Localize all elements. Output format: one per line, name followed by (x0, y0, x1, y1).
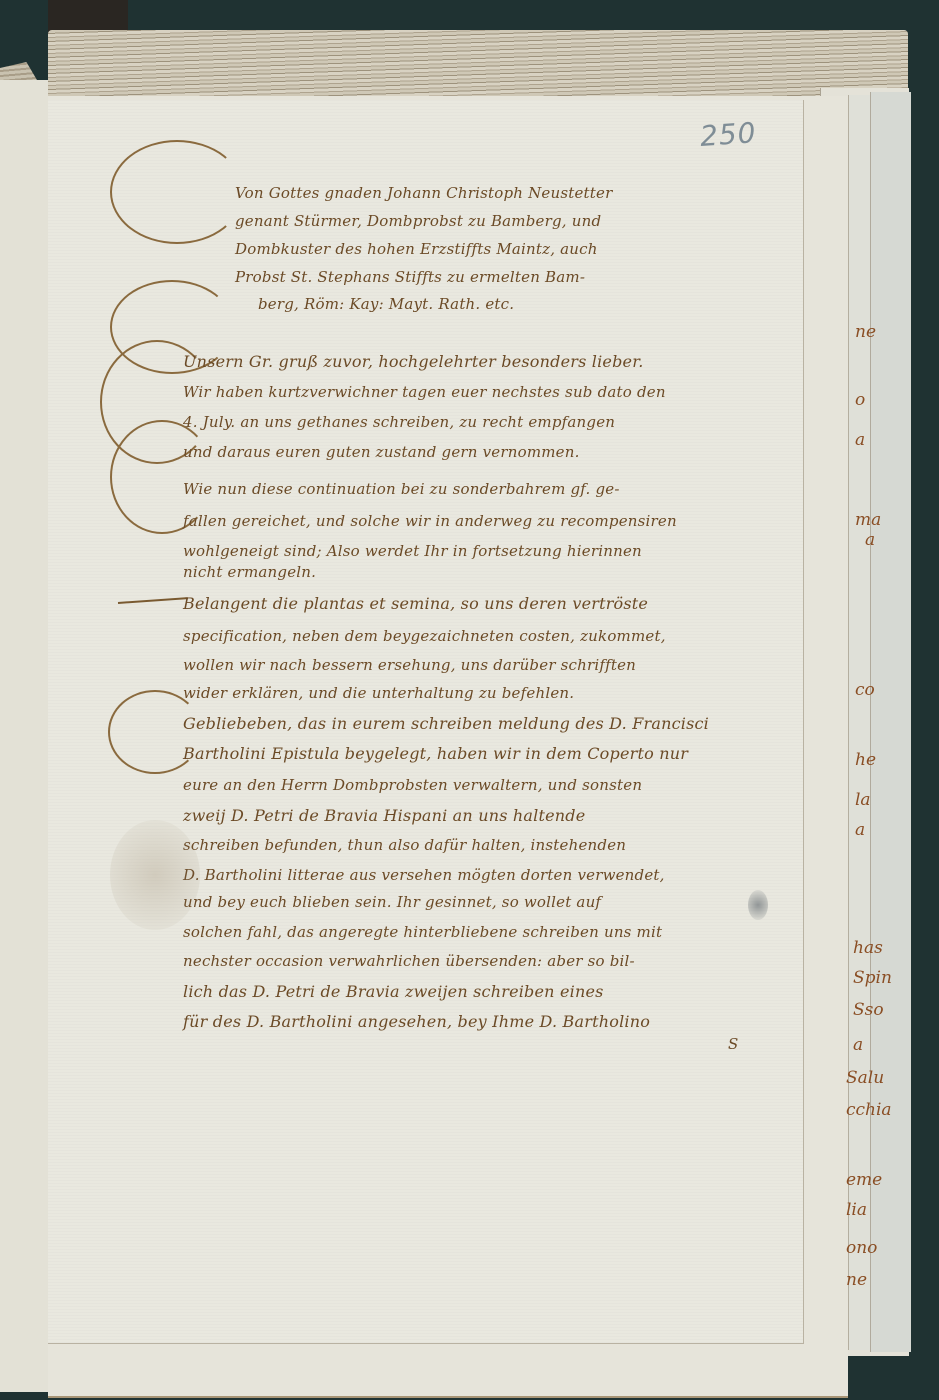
text-line: wohlgeneigt sind; Also werdet Ihr in for… (183, 542, 642, 560)
text-line: lich das D. Petri de Bravia zweijen schr… (183, 982, 604, 1001)
initial-V-flourish (110, 140, 244, 244)
margin-fragment: eme (846, 1170, 882, 1190)
ink-blot (748, 890, 768, 920)
text-line: Wir haben kurtzverwichner tagen euer nec… (183, 383, 666, 401)
text-line: D. Bartholini litterae aus versehen mögt… (183, 866, 665, 884)
text-line: wollen wir nach bessern ersehung, uns da… (183, 656, 636, 674)
text-line: Unsern Gr. gruß zuvor, hochgelehrter bes… (183, 352, 644, 371)
margin-fragment: ne (855, 322, 876, 342)
text-line: Bartholini Epistula beygelegt, haben wir… (183, 744, 688, 763)
text-line: solchen fahl, das angeregte hinterbliebe… (183, 923, 662, 941)
text-line: specification, neben dem beygezaichneten… (183, 627, 666, 645)
text-line: Probst St. Stephans Stiffts zu ermelten … (235, 268, 585, 286)
text-line: und daraus euren guten zustand gern vern… (183, 443, 580, 461)
text-line: schreiben befunden, thun also dafür halt… (183, 836, 626, 854)
text-line: und bey euch blieben sein. Ihr gesinnet,… (183, 893, 601, 911)
text-line: 4. July. an uns gethanes schreiben, zu r… (183, 413, 615, 431)
margin-fragment: co (855, 680, 875, 700)
text-block-top-edge (48, 30, 908, 102)
margin-fragment: has (853, 938, 883, 958)
text-line: Gebliebeben, das in eurem schreiben meld… (183, 714, 709, 733)
previous-leaf (0, 80, 50, 1392)
margin-fragment: o (855, 390, 865, 410)
margin-fragment: he (855, 750, 876, 770)
paper-stain (110, 820, 200, 930)
text-line: nicht ermangeln. (183, 563, 316, 581)
margin-fragment: a (865, 530, 875, 550)
margin-fragment: ma (855, 510, 881, 530)
margin-fragment: a (855, 820, 865, 840)
margin-fragment: a (855, 430, 865, 450)
margin-fragment: ne (846, 1270, 867, 1290)
text-line: Belangent die plantas et semina, so uns … (183, 594, 648, 613)
text-line: eure an den Herrn Dombprobsten verwalter… (183, 776, 642, 794)
text-line: genant Stürmer, Dombprobst zu Bamberg, u… (235, 212, 601, 230)
margin-fragment: lia (846, 1200, 867, 1220)
margin-fragment: Spin (853, 968, 892, 988)
text-line: Von Gottes gnaden Johann Christoph Neust… (235, 184, 612, 202)
right-leaf-3 (870, 92, 911, 1352)
text-line: Dombkuster des hohen Erzstiffts Maintz, … (235, 240, 598, 258)
catchword: S (728, 1035, 738, 1053)
text-line: berg, Röm: Kay: Mayt. Rath. etc. (258, 295, 514, 313)
margin-fragment: la (855, 790, 871, 810)
margin-fragment: Salu (846, 1068, 884, 1088)
text-line: wider erklären, und die unterhaltung zu … (183, 684, 574, 702)
text-line: Wie nun diese continuation bei zu sonder… (183, 480, 620, 498)
text-line: für des D. Bartholini angesehen, bey Ihm… (183, 1012, 650, 1031)
margin-fragment: a (853, 1035, 863, 1055)
text-line: fallen gereichet, und solche wir in ande… (183, 512, 677, 530)
folio-number: 250 (699, 116, 758, 153)
margin-fragment: ono (846, 1238, 877, 1258)
text-line: nechster occasion verwahrlichen übersend… (183, 952, 635, 970)
margin-fragment: Sso (853, 1000, 884, 1020)
text-line: zweij D. Petri de Bravia Hispani an uns … (183, 806, 585, 825)
margin-fragment: cchia (846, 1100, 892, 1120)
